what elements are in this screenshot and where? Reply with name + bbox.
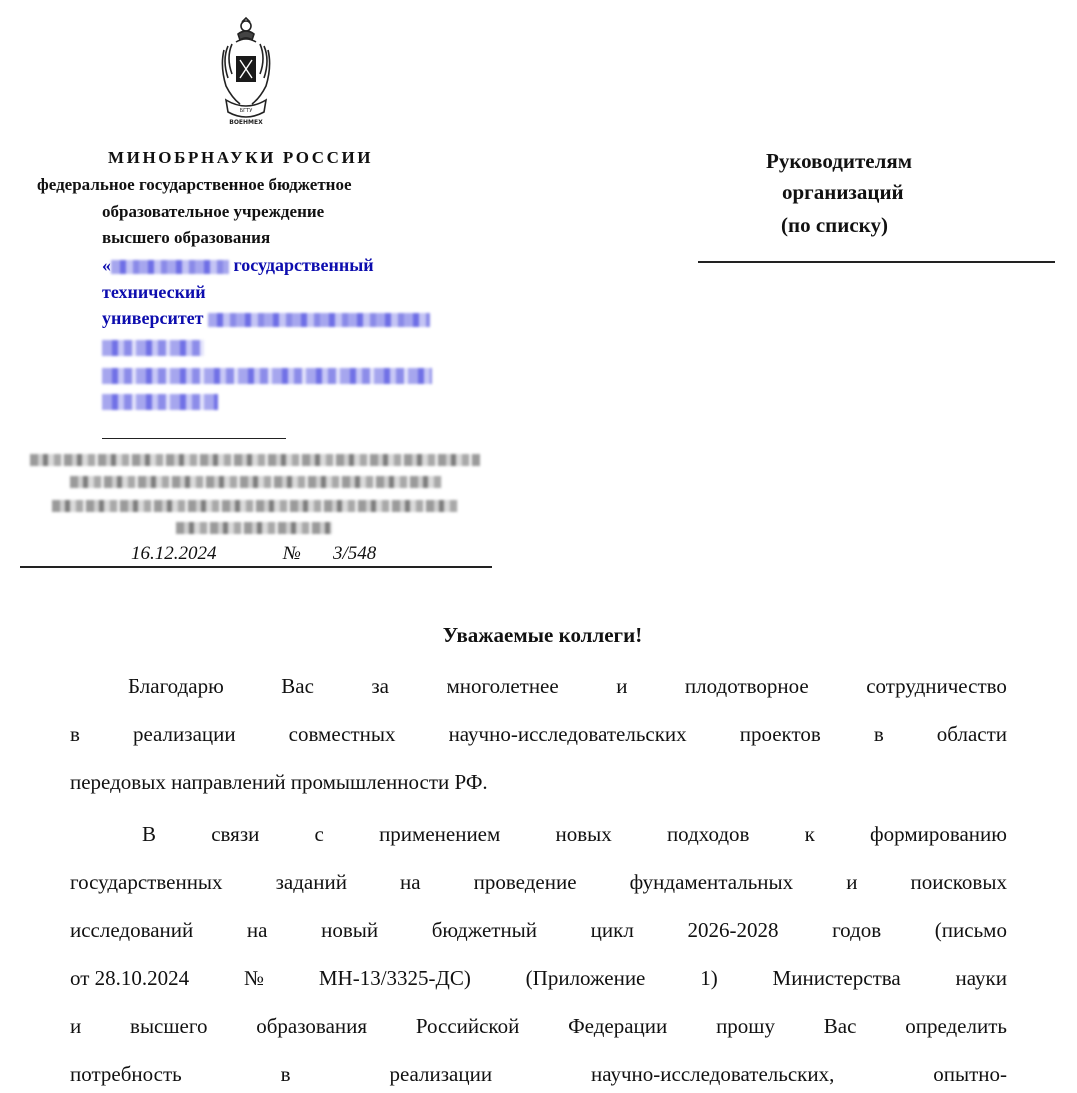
word: научно-исследовательских, <box>591 1050 834 1093</box>
ministry-name: МИНОБРНАУКИ РОССИИ <box>108 148 373 168</box>
word: МН-13/3325-ДС) <box>319 954 471 1002</box>
registration-underline <box>20 566 492 568</box>
word: передовых направлений промышленности РФ. <box>70 758 488 806</box>
university-name-line-3: университет <box>102 308 430 329</box>
paragraph-line: исследованийнановыйбюджетныйцикл2026-202… <box>70 906 1007 954</box>
word: и <box>846 858 857 906</box>
word: проведение <box>474 858 577 906</box>
paragraph-1: БлагодарюВасзамноголетнееиплодотворноесо… <box>70 662 1007 806</box>
word: 1) <box>700 954 718 1002</box>
word: (Приложение <box>526 954 646 1002</box>
word: за <box>371 662 389 710</box>
word: опытно- <box>933 1050 1007 1093</box>
addressee-line-3: (по списку) <box>781 210 888 241</box>
paragraph-line: ивысшегообразованияРоссийскойФедерациипр… <box>70 1002 1007 1050</box>
word: государственных <box>70 858 223 906</box>
university-name-line-2: технический <box>102 282 206 303</box>
redacted-email-line <box>52 500 458 512</box>
university-quote-open: « <box>102 255 111 275</box>
word: области <box>937 710 1007 758</box>
paragraph-line: потребностьвреализациинаучно-исследовате… <box>70 1050 1007 1093</box>
word: Вас <box>824 1002 857 1050</box>
word: фундаментальных <box>630 858 794 906</box>
word: 2026-2028 <box>687 906 778 954</box>
university-emblem-icon: БГТУ ВОЕНМЕХ <box>218 16 274 132</box>
word: реализации <box>389 1050 492 1093</box>
svg-text:БГТУ: БГТУ <box>240 108 253 114</box>
salutation: Уважаемые коллеги! <box>0 623 1077 648</box>
word: Министерства <box>773 954 901 1002</box>
word: новых <box>555 810 611 858</box>
svg-text:ВОЕНМЕХ: ВОЕНМЕХ <box>229 119 263 126</box>
redacted-address-line <box>30 454 480 466</box>
paragraph-line: передовых направлений промышленности РФ. <box>70 758 1007 806</box>
word: (письмо <box>935 906 1007 954</box>
paragraph-2: Всвязисприменениемновыхподходовкформиров… <box>70 810 1007 1093</box>
redacted-ids-line <box>176 522 332 534</box>
word: связи <box>211 810 259 858</box>
word: в <box>874 710 884 758</box>
redacted-text <box>102 394 218 410</box>
word: в <box>70 710 80 758</box>
addressee-line-1: Руководителям <box>766 146 912 177</box>
word: прошу <box>716 1002 775 1050</box>
org-type-line-2: образовательное учреждение <box>102 202 324 222</box>
word: проектов <box>740 710 821 758</box>
addressee-line-2: организаций <box>782 177 904 208</box>
number-sign: № <box>283 543 301 565</box>
word: Вас <box>281 662 314 710</box>
word: с <box>315 810 324 858</box>
paragraph-line: БлагодарюВасзамноголетнееиплодотворноесо… <box>70 662 1007 710</box>
word: В <box>142 810 156 858</box>
word: высшего <box>130 1002 207 1050</box>
paragraph-line: вреализациисовместныхнаучно-исследовател… <box>70 710 1007 758</box>
word: заданий <box>276 858 347 906</box>
word: реализации <box>133 710 236 758</box>
word: Российской <box>416 1002 520 1050</box>
word: цикл <box>591 906 634 954</box>
redacted-text <box>111 260 229 274</box>
word: поисковых <box>911 858 1007 906</box>
word: Федерации <box>568 1002 667 1050</box>
word: формированию <box>870 810 1007 858</box>
paragraph-line: государственныхзаданийнапроведениефундам… <box>70 858 1007 906</box>
word: науки <box>956 954 1007 1002</box>
word: и <box>616 662 627 710</box>
university-word-state: государственный <box>234 255 374 275</box>
paragraph-line: от 28.10.2024№МН-13/3325-ДС)(Приложение1… <box>70 954 1007 1002</box>
university-word-university: университет <box>102 308 204 328</box>
word: плодотворное <box>685 662 809 710</box>
word: исследований <box>70 906 193 954</box>
word: № <box>244 954 264 1002</box>
word: сотрудничество <box>866 662 1007 710</box>
registration-date: 16.12.2024 <box>131 543 217 565</box>
word: совместных <box>289 710 396 758</box>
word: на <box>247 906 268 954</box>
word: Благодарю <box>128 662 224 710</box>
word: многолетнее <box>447 662 559 710</box>
word: новый <box>321 906 378 954</box>
redacted-text <box>102 368 432 384</box>
header-divider-short <box>102 438 286 439</box>
redacted-contact-line <box>70 476 442 488</box>
redacted-text <box>208 313 430 327</box>
org-type-line-3: высшего образования <box>102 228 270 248</box>
word: подходов <box>667 810 750 858</box>
word: на <box>400 858 421 906</box>
university-name-line-1: « государственный <box>102 255 374 276</box>
org-type-line-1: федеральное государственное бюджетное <box>37 175 352 195</box>
paragraph-line: Всвязисприменениемновыхподходовкформиров… <box>70 810 1007 858</box>
registration-number: 3/548 <box>333 543 376 565</box>
word: потребность <box>70 1050 182 1093</box>
redacted-text <box>102 340 204 356</box>
word: к <box>805 810 815 858</box>
word: применением <box>379 810 500 858</box>
word: и <box>70 1002 81 1050</box>
word: образования <box>256 1002 367 1050</box>
word: определить <box>905 1002 1007 1050</box>
word: от 28.10.2024 <box>70 954 189 1002</box>
addressee-underline <box>698 261 1055 263</box>
word: научно-исследовательских <box>449 710 687 758</box>
word: годов <box>832 906 881 954</box>
word: в <box>281 1050 291 1093</box>
word: бюджетный <box>432 906 537 954</box>
